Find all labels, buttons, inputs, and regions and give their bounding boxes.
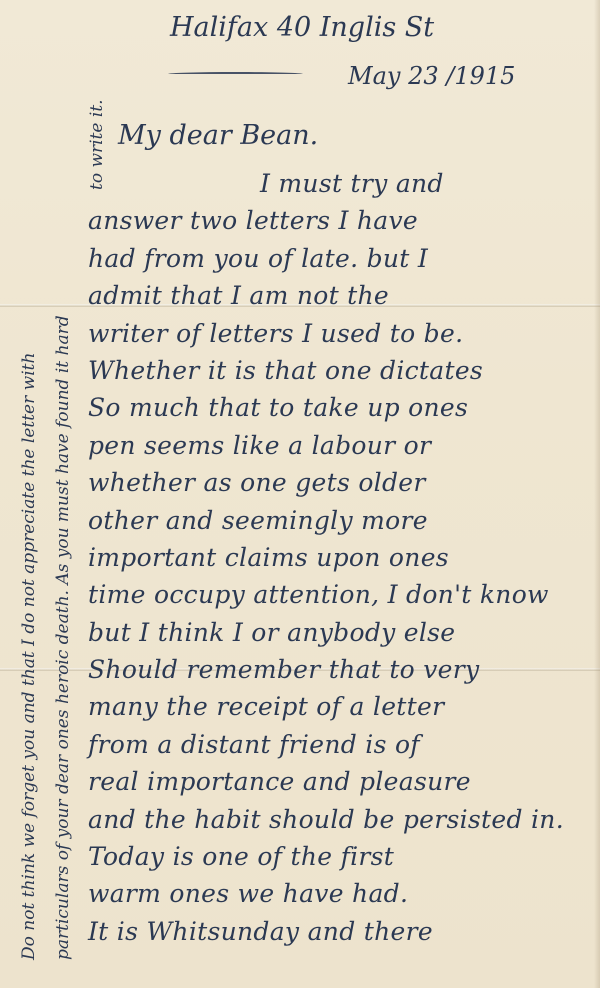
- body-line: had from you of late. but I: [60, 240, 580, 277]
- margin-note-line: particulars of your dear ones heroic dea…: [46, 60, 80, 960]
- body-line: admit that I am not the: [60, 277, 580, 314]
- body-line: I must try and: [60, 165, 580, 202]
- margin-note-line: Do not think we forget you and that I do…: [12, 60, 46, 960]
- body-line: Whether it is that one dictates: [60, 352, 580, 389]
- body-line: important claims upon ones: [60, 539, 580, 576]
- letter-date: May 23 /1915: [348, 62, 515, 90]
- body-line: many the receipt of a letter: [60, 688, 580, 725]
- body-line: warm ones we have had.: [60, 875, 580, 912]
- body-line: answer two letters I have: [60, 202, 580, 239]
- body-line: time occupy attention, I don't know: [60, 576, 580, 613]
- body-line: pen seems like a labour or: [60, 427, 580, 464]
- body-line: So much that to take up ones: [60, 389, 580, 426]
- body-line: and the habit should be persisted in.: [60, 801, 580, 838]
- body-line: writer of letters I used to be.: [60, 315, 580, 352]
- letter-address: Halifax 40 Inglis St: [170, 12, 434, 43]
- body-line: other and seemingly more: [60, 502, 580, 539]
- pen-flourish: [168, 72, 303, 76]
- letter-page: Halifax 40 Inglis St May 23 /1915 My dea…: [0, 0, 600, 988]
- paper-edge: [594, 0, 600, 988]
- body-line: Today is one of the first: [60, 838, 580, 875]
- body-line: It is Whitsunday and there: [60, 913, 580, 950]
- body-line: whether as one gets older: [60, 464, 580, 501]
- body-line: from a distant friend is of: [60, 726, 580, 763]
- margin-note-line: to write it.: [80, 60, 114, 960]
- letter-body: I must try and answer two letters I have…: [60, 165, 580, 950]
- body-line: but I think I or anybody else: [60, 614, 580, 651]
- letter-salutation: My dear Bean.: [118, 120, 318, 151]
- body-line: real importance and pleasure: [60, 763, 580, 800]
- margin-note: Do not think we forget you and that I do…: [12, 60, 114, 960]
- body-line: Should remember that to very: [60, 651, 580, 688]
